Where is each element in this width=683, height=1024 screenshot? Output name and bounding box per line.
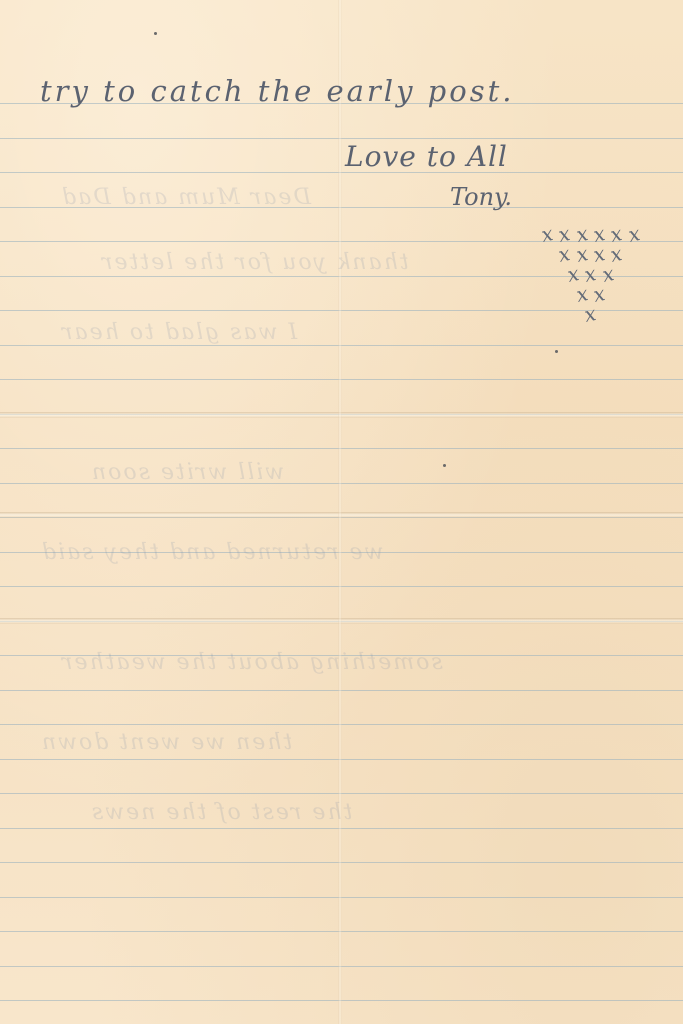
bleed-through-text: Dear Mum and Dad bbox=[60, 185, 311, 210]
bleed-through-text: we returned and they said bbox=[40, 540, 384, 565]
kiss-mark: x bbox=[556, 221, 571, 243]
letter-closing: Love to All bbox=[345, 140, 508, 173]
bleed-through-text: thank you for the letter bbox=[100, 250, 409, 275]
ink-spot bbox=[555, 350, 558, 353]
letter-page: Dear Mum and Dad thank you for the lette… bbox=[0, 0, 683, 1024]
letter-line: try to catch the early post. bbox=[40, 74, 514, 108]
bleed-through-text: will write soon bbox=[90, 460, 284, 485]
kiss-mark: x bbox=[626, 221, 641, 243]
kiss-mark: x bbox=[591, 221, 606, 243]
bleed-through-text: the rest of the news bbox=[90, 800, 352, 825]
bleed-through-text: something about the weather bbox=[60, 650, 443, 675]
kiss-mark: x bbox=[574, 221, 589, 243]
letter-signature: Tony. bbox=[450, 183, 512, 211]
kisses-triangle: xxxxxxxxxxxxxxxx bbox=[500, 222, 680, 322]
bleed-through-text: then we went down bbox=[40, 730, 292, 755]
kiss-mark: x bbox=[539, 221, 554, 243]
kisses-row: xxx bbox=[500, 262, 680, 282]
kisses-row: x bbox=[500, 302, 680, 322]
ink-spot bbox=[154, 32, 157, 35]
kiss-mark: x bbox=[608, 221, 623, 243]
bleed-through-text: I was glad to hear bbox=[60, 320, 297, 345]
vertical-fold bbox=[338, 0, 342, 1024]
ink-spot bbox=[443, 464, 446, 467]
kisses-row: xxxxxx bbox=[500, 222, 680, 242]
kisses-row: xxxx bbox=[500, 242, 680, 262]
